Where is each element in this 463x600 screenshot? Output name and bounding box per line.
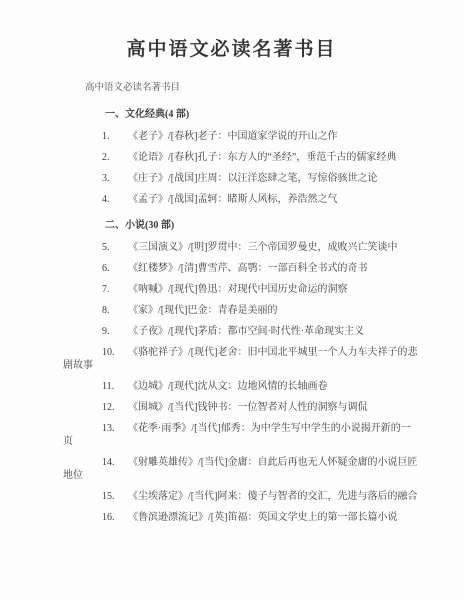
item-text: 《花季·雨季》/[当代]郁秀：为中学生写中学生的小说揭开新的一 — [128, 423, 411, 434]
item-number: 6. — [102, 262, 110, 275]
item-number: 14. — [102, 456, 115, 469]
item-wrap-text: 页 — [0, 435, 463, 448]
list-item: 7.《呐喊》/[现代]鲁迅：对现代中国历史命运的洞察 — [0, 283, 463, 296]
list-item: 4.《孟子》/[战国]孟轲：睹斯人风标，养浩然之气 — [0, 193, 463, 206]
item-line: 13.《花季·雨季》/[当代]郁秀：为中学生写中学生的小说揭开新的一 — [0, 422, 463, 435]
item-line: 1.《老子》/[春秋]老子：中国道家学说的开山之作 — [0, 130, 463, 143]
item-number: 7. — [102, 283, 110, 296]
item-line: 15.《尘埃落定》/[当代]阿来：傻子与智者的交汇，先进与落后的融合 — [0, 490, 463, 503]
item-line: 7.《呐喊》/[现代]鲁迅：对现代中国历史命运的洞察 — [0, 283, 463, 296]
item-text: 《孟子》/[战国]孟轲：睹斯人风标，养浩然之气 — [128, 194, 337, 205]
list-item: 3.《庄子》/[战国]庄周：以汪洋恣肆之笔，写惊俗骇世之论 — [0, 172, 463, 185]
list-item: 15.《尘埃落定》/[当代]阿来：傻子与智者的交汇，先进与落后的融合 — [0, 490, 463, 503]
item-line: 9.《子夜》/[现代]茅盾：都市空间·时代性·革命现实主义 — [0, 325, 463, 338]
item-text: 《围城》/[当代]钱钟书：一位智者对人性的洞察与调侃 — [128, 402, 367, 413]
document-page: 高中语文必读名著书目 高中语文必读名著书目 一、文化经典(4 部)1.《老子》/… — [0, 0, 463, 600]
list-item: 14.《射雕英雄传》/[当代]金庸：自此后再也无人怀疑金庸的小说巨匠地位 — [0, 456, 463, 482]
item-line: 10.《骆驼祥子》/[现代]老舍：旧中国北平城里一个人力车夫祥子的悲 — [0, 346, 463, 359]
list-item: 8.《家》/[现代]巴金：青春是美丽的 — [0, 304, 463, 317]
item-line: 16.《鲁滨逊漂流记》/[英]笛福：英国文学史上的第一部长篇小说 — [0, 511, 463, 524]
list-item: 13.《花季·雨季》/[当代]郁秀：为中学生写中学生的小说揭开新的一页 — [0, 422, 463, 448]
list-item: 2.《论语》/[春秋]孔子：东方人的“圣经”，垂范千古的儒家经典 — [0, 151, 463, 164]
list-item: 9.《子夜》/[现代]茅盾：都市空间·时代性·革命现实主义 — [0, 325, 463, 338]
list-item: 11.《边城》/[现代]沈从文：边地风情的长轴画卷 — [0, 380, 463, 393]
item-line: 6.《红楼梦》/[清]曹雪芹、高鹗：一部百科全书式的奇书 — [0, 262, 463, 275]
item-text: 《子夜》/[现代]茅盾：都市空间·时代性·革命现实主义 — [128, 326, 364, 337]
item-text: 《呐喊》/[现代]鲁迅：对现代中国历史命运的洞察 — [128, 284, 347, 295]
item-line: 5.《三国演义》/[明]罗贯中：三个帝国罗曼史，成败兴亡笑谈中 — [0, 241, 463, 254]
item-text: 《骆驼祥子》/[现代]老舍：旧中国北平城里一个人力车夫祥子的悲 — [128, 347, 417, 358]
item-number: 12. — [102, 401, 115, 414]
list-item: 12.《围城》/[当代]钱钟书：一位智者对人性的洞察与调侃 — [0, 401, 463, 414]
section-heading: 二、小说(30 部) — [105, 219, 463, 232]
item-number: 8. — [102, 304, 110, 317]
item-text: 《鲁滨逊漂流记》/[英]笛福：英国文学史上的第一部长篇小说 — [128, 512, 397, 523]
item-number: 9. — [102, 325, 110, 338]
item-text: 《射雕英雄传》/[当代]金庸：自此后再也无人怀疑金庸的小说巨匠 — [128, 457, 417, 468]
item-number: 1. — [102, 130, 110, 143]
item-number: 5. — [102, 241, 110, 254]
item-line: 4.《孟子》/[战国]孟轲：睹斯人风标，养浩然之气 — [0, 193, 463, 206]
item-wrap-text: 地位 — [0, 469, 463, 482]
item-text: 《家》/[现代]巴金：青春是美丽的 — [128, 305, 277, 316]
item-number: 3. — [102, 172, 110, 185]
item-line: 14.《射雕英雄传》/[当代]金庸：自此后再也无人怀疑金庸的小说巨匠 — [0, 456, 463, 469]
item-line: 2.《论语》/[春秋]孔子：东方人的“圣经”，垂范千古的儒家经典 — [0, 151, 463, 164]
item-number: 16. — [102, 511, 115, 524]
page-title: 高中语文必读名著书目 — [0, 34, 463, 61]
book-list: 1.《老子》/[春秋]老子：中国道家学说的开山之作2.《论语》/[春秋]孔子：东… — [0, 130, 463, 206]
list-item: 16.《鲁滨逊漂流记》/[英]笛福：英国文学史上的第一部长篇小说 — [0, 511, 463, 524]
list-item: 5.《三国演义》/[明]罗贯中：三个帝国罗曼史，成败兴亡笑谈中 — [0, 241, 463, 254]
list-item: 1.《老子》/[春秋]老子：中国道家学说的开山之作 — [0, 130, 463, 143]
item-text: 《论语》/[春秋]孔子：东方人的“圣经”，垂范千古的儒家经典 — [128, 152, 396, 163]
item-text: 《三国演义》/[明]罗贯中：三个帝国罗曼史，成败兴亡笑谈中 — [128, 242, 397, 253]
book-list: 5.《三国演义》/[明]罗贯中：三个帝国罗曼史，成败兴亡笑谈中6.《红楼梦》/[… — [0, 241, 463, 524]
sections: 一、文化经典(4 部)1.《老子》/[春秋]老子：中国道家学说的开山之作2.《论… — [0, 108, 463, 524]
item-text: 《尘埃落定》/[当代]阿来：傻子与智者的交汇，先进与落后的融合 — [128, 491, 417, 502]
item-line: 12.《围城》/[当代]钱钟书：一位智者对人性的洞察与调侃 — [0, 401, 463, 414]
item-number: 13. — [102, 422, 115, 435]
item-line: 11.《边城》/[现代]沈从文：边地风情的长轴画卷 — [0, 380, 463, 393]
item-wrap-text: 剧故事 — [0, 359, 463, 372]
item-number: 11. — [102, 380, 114, 393]
item-text: 《庄子》/[战国]庄周：以汪洋恣肆之笔，写惊俗骇世之论 — [128, 173, 377, 184]
item-line: 8.《家》/[现代]巴金：青春是美丽的 — [0, 304, 463, 317]
page-subtitle: 高中语文必读名著书目 — [85, 82, 463, 95]
list-item: 6.《红楼梦》/[清]曹雪芹、高鹗：一部百科全书式的奇书 — [0, 262, 463, 275]
item-number: 15. — [102, 490, 115, 503]
item-number: 10. — [102, 346, 115, 359]
item-line: 3.《庄子》/[战国]庄周：以汪洋恣肆之笔，写惊俗骇世之论 — [0, 172, 463, 185]
item-text: 《边城》/[现代]沈从文：边地风情的长轴画卷 — [128, 381, 327, 392]
item-text: 《红楼梦》/[清]曹雪芹、高鹗：一部百科全书式的奇书 — [128, 263, 367, 274]
item-text: 《老子》/[春秋]老子：中国道家学说的开山之作 — [128, 131, 337, 142]
item-number: 4. — [102, 193, 110, 206]
list-item: 10.《骆驼祥子》/[现代]老舍：旧中国北平城里一个人力车夫祥子的悲剧故事 — [0, 346, 463, 372]
section-heading: 一、文化经典(4 部) — [105, 108, 463, 121]
item-number: 2. — [102, 151, 110, 164]
